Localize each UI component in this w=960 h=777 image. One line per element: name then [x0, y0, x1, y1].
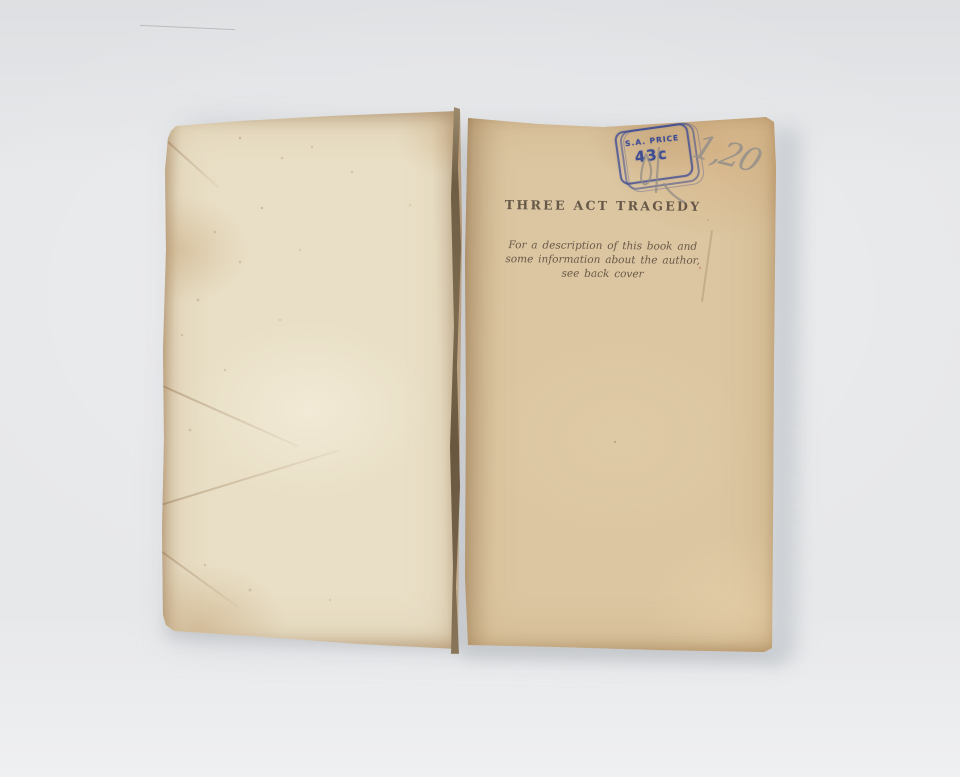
left-page-blank — [160, 110, 462, 652]
printed-text-block: THREE ACT TRAGEDY For a description of t… — [458, 107, 750, 110]
page-crease — [161, 385, 299, 447]
note-line: see back cover — [456, 266, 748, 283]
right-page: S.A. PRICE 43c 1,20 THREE ACT TRAGEDY Fo… — [458, 108, 780, 656]
page-crease — [152, 450, 339, 508]
back-cover-note: For a description of this book and some … — [456, 238, 748, 283]
page-crease — [161, 550, 239, 607]
book-photo-scene: S.A. PRICE 43c 1,20 THREE ACT TRAGEDY Fo… — [0, 0, 960, 777]
surface-scratch — [140, 25, 235, 30]
page-crease — [163, 137, 220, 188]
